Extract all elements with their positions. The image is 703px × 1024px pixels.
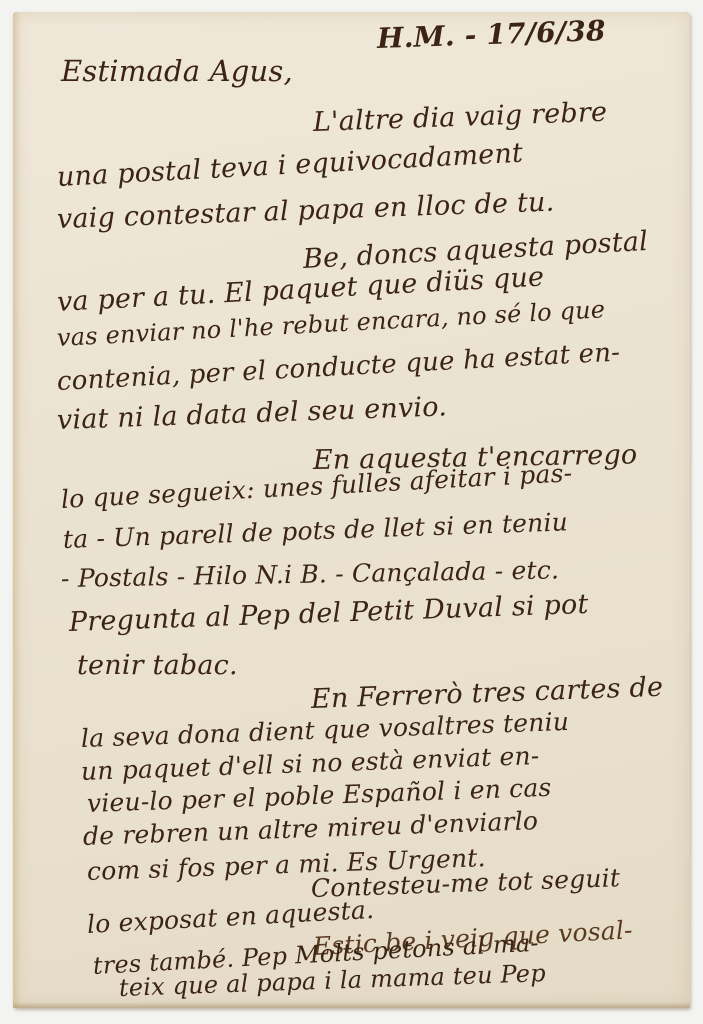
letter-line: tenir tabac. (77, 650, 238, 681)
letter-line: Pregunta al Pep del Petit Duval si pot (68, 589, 589, 638)
letter-line: En Ferrerò tres cartes de (310, 672, 663, 715)
header-date: H.M. - 17/6/38 (376, 14, 606, 55)
letter-line: vaig contestar al papa en lloc de tu. (56, 187, 554, 235)
salutation: Estimada Agus, (61, 54, 293, 88)
postcard: H.M. - 17/6/38 Estimada Agus, L'altre di… (13, 12, 690, 1008)
letter-line: ta - Un parell de pots de llet si en ten… (62, 507, 568, 554)
letter-line: viat ni la data del seu envio. (56, 391, 447, 436)
letter-line: L'altre dia vaig rebre (312, 97, 607, 138)
letter-line: - Postals - Hilo N.i B. - Cançalada - et… (61, 555, 560, 593)
letter-line: una postal teva i equivocadament (56, 138, 524, 193)
